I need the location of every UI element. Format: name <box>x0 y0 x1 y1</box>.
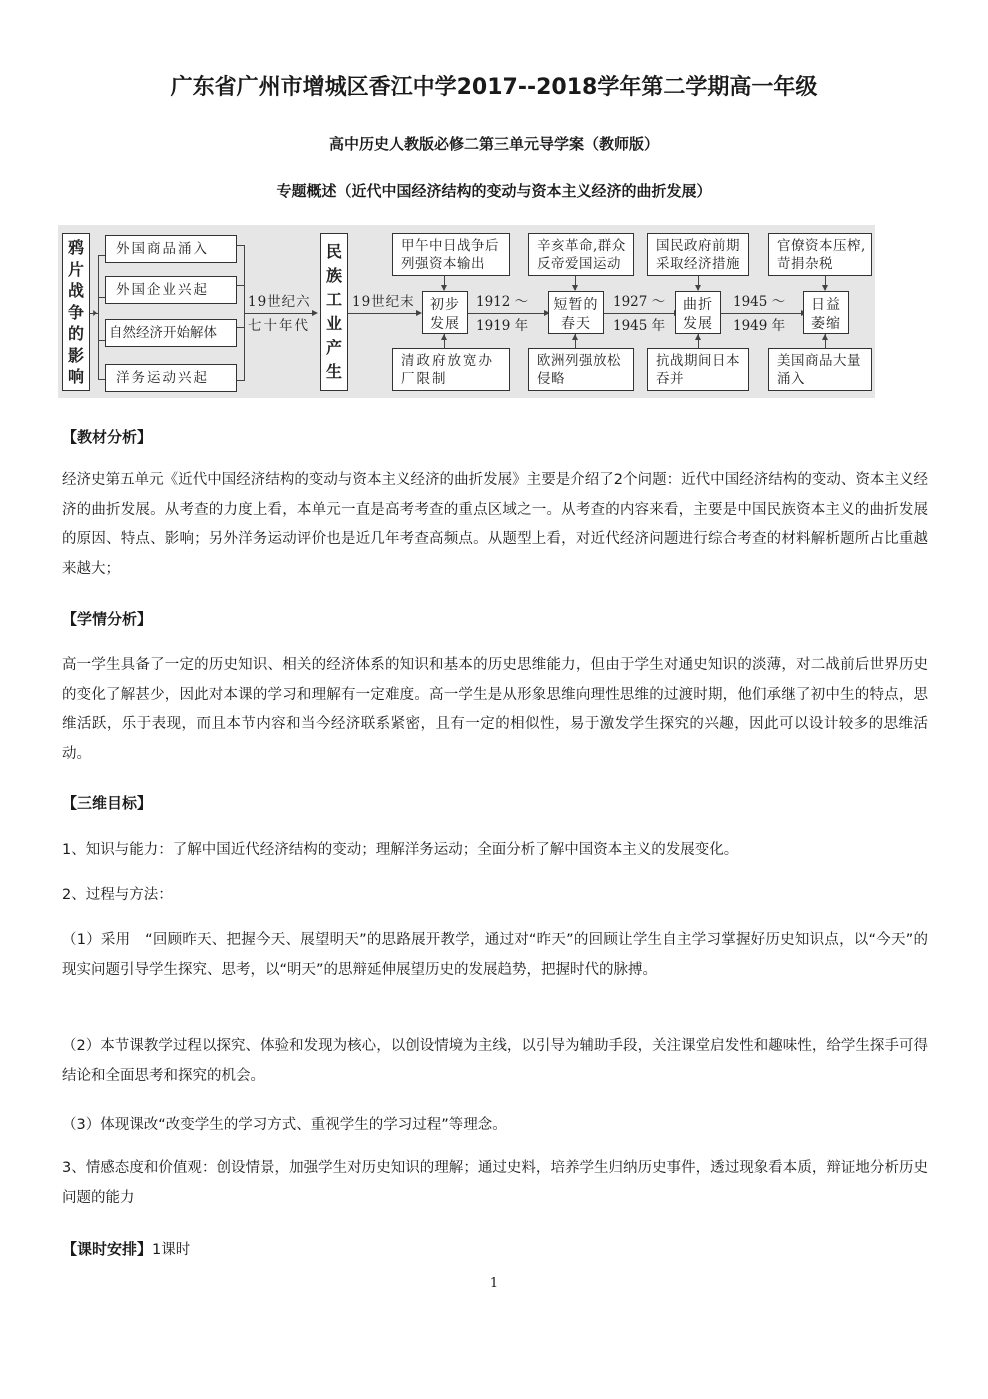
period-label: 七十年代 <box>248 317 310 335</box>
goal-process-sub3: （3）体现课改“改变学生的学习方式、重视学生的学习过程”等理念。 <box>62 1113 507 1134</box>
cause-item-label: 自然经济开始解体 <box>109 324 217 342</box>
period-label: 1945 ～ <box>733 293 785 311</box>
top-factor-box: 甲午中日战争后 列强资本输出 <box>392 233 510 276</box>
student-analysis-paragraph: 高一学生具备了一定的历史知识、相关的经济体系的知识和基本的历史思维能力，但由于学… <box>62 651 928 769</box>
factor-line: 欧洲列强放松 <box>537 352 633 370</box>
cause-item: 外国商品涌入 <box>105 235 237 263</box>
period-label: 1919 年 <box>476 317 528 335</box>
stage-box: 初步 发展 <box>422 291 468 334</box>
factor-line: 厂限制 <box>401 370 509 388</box>
period-label: 1949 年 <box>733 317 785 335</box>
stage-label: 发展 <box>676 315 720 334</box>
factor-line: 列强资本输出 <box>401 255 509 273</box>
factor-line: 辛亥革命,群众 <box>537 237 633 255</box>
goal-values: 3、情感态度和价值观：创设情景，加强学生对历史知识的理解；通过史料，培养学生归纳… <box>62 1154 928 1213</box>
bottom-factor-box: 欧洲列强放松 侵略 <box>528 348 634 391</box>
top-factor-box: 官僚资本压榨, 苛捐杂税 <box>768 233 872 276</box>
stage-label: 曲折 <box>676 296 720 315</box>
goal-process-sub2: （2）本节课教学过程以探究、体验和发现为核心，以创设情境为主线，以引导为辅助手段… <box>62 1032 928 1091</box>
cause-item: 洋务运动兴起 <box>105 364 237 392</box>
cause-item: 外国企业兴起 <box>105 276 237 304</box>
cause-item-label: 外国商品涌入 <box>116 240 209 258</box>
factor-line: 官僚资本压榨, <box>777 237 871 255</box>
schedule-value: 1课时 <box>152 1242 190 1258</box>
stage-label: 发展 <box>423 315 467 334</box>
period-label: 1945 年 <box>613 317 665 335</box>
top-factor-box: 辛亥革命,群众 反帝爱国运动 <box>528 233 634 276</box>
factor-line: 清政府放宽办 <box>401 352 509 370</box>
section-heading-textbook: 【教材分析】 <box>62 426 152 447</box>
factor-line: 侵略 <box>537 370 633 388</box>
section-heading-students: 【学情分析】 <box>62 608 152 629</box>
goal-knowledge: 1、知识与能力：了解中国近代经济结构的变动；理解洋务运动；全面分析了解中国资本主… <box>62 838 738 859</box>
top-factor-box: 国民政府前期 采取经济措施 <box>647 233 749 276</box>
document-title: 广东省广州市增城区香江中学2017--2018学年第二学期高一年级 <box>0 70 988 101</box>
period-label: 1912 ～ <box>476 293 528 311</box>
stage-box: 日益 萎缩 <box>803 291 849 334</box>
stage-label: 日益 <box>804 296 848 315</box>
bottom-factor-box: 美国商品大量 涌入 <box>768 348 872 391</box>
factor-line: 反帝爱国运动 <box>537 255 633 273</box>
page-number: 1 <box>0 1276 988 1291</box>
cause-item: 自然经济开始解体 <box>105 319 237 347</box>
goal-process-sub1: （1）采用 “回顾昨天、把握今天、展望明天”的思路展开教学，通过对“昨天”的回顾… <box>62 926 928 985</box>
textbook-analysis-paragraph: 经济史第五单元《近代中国经济结构的变动与资本主义经济的曲折发展》主要是介绍了2个… <box>62 466 928 584</box>
section-heading-goals: 【三维目标】 <box>62 792 152 813</box>
period-label: 1927 ～ <box>613 293 665 311</box>
topic-overview-title: 专题概述（近代中国经济结构的变动与资本主义经济的曲折发展） <box>0 180 988 201</box>
period-label: 19世纪末 <box>352 293 415 311</box>
origin-box-label: 民族工业产生 <box>326 240 342 384</box>
cause-box-label: 鸦片战争的影响 <box>68 237 84 388</box>
factor-line: 抗战期间日本 <box>656 352 748 370</box>
bottom-factor-box: 清政府放宽办 厂限制 <box>392 348 510 391</box>
cause-item-label: 洋务运动兴起 <box>116 369 209 387</box>
factor-line: 吞并 <box>656 370 748 388</box>
stage-box: 短暂的 春天 <box>548 291 604 334</box>
stage-label: 萎缩 <box>804 315 848 334</box>
section-heading-schedule: 【课时安排】 <box>62 1240 152 1258</box>
factor-line: 涌入 <box>777 370 871 388</box>
factor-line: 采取经济措施 <box>656 255 748 273</box>
cause-item-label: 外国企业兴起 <box>116 281 209 299</box>
document-subtitle: 高中历史人教版必修二第三单元导学案（教师版） <box>0 133 988 154</box>
stage-box: 曲折 发展 <box>675 291 721 334</box>
period-label: 19世纪六 <box>248 293 311 311</box>
factor-line: 甲午中日战争后 <box>401 237 509 255</box>
schedule-line: 【课时安排】1课时 <box>62 1238 190 1259</box>
factor-line: 国民政府前期 <box>656 237 748 255</box>
cause-box: 鸦片战争的影响 <box>62 233 90 391</box>
stage-label: 初步 <box>423 296 467 315</box>
economic-development-diagram: 鸦片战争的影响 外国商品涌入 外国企业兴起 自然经济开始解体 洋务运动兴起 19… <box>58 225 875 398</box>
goal-process: 2、过程与方法： <box>62 883 173 904</box>
factor-line: 苛捐杂税 <box>777 255 871 273</box>
factor-line: 美国商品大量 <box>777 352 871 370</box>
origin-box: 民族工业产生 <box>320 233 348 391</box>
bottom-factor-box: 抗战期间日本 吞并 <box>647 348 749 391</box>
stage-label: 短暂的 <box>549 296 603 315</box>
stage-label: 春天 <box>549 315 603 334</box>
